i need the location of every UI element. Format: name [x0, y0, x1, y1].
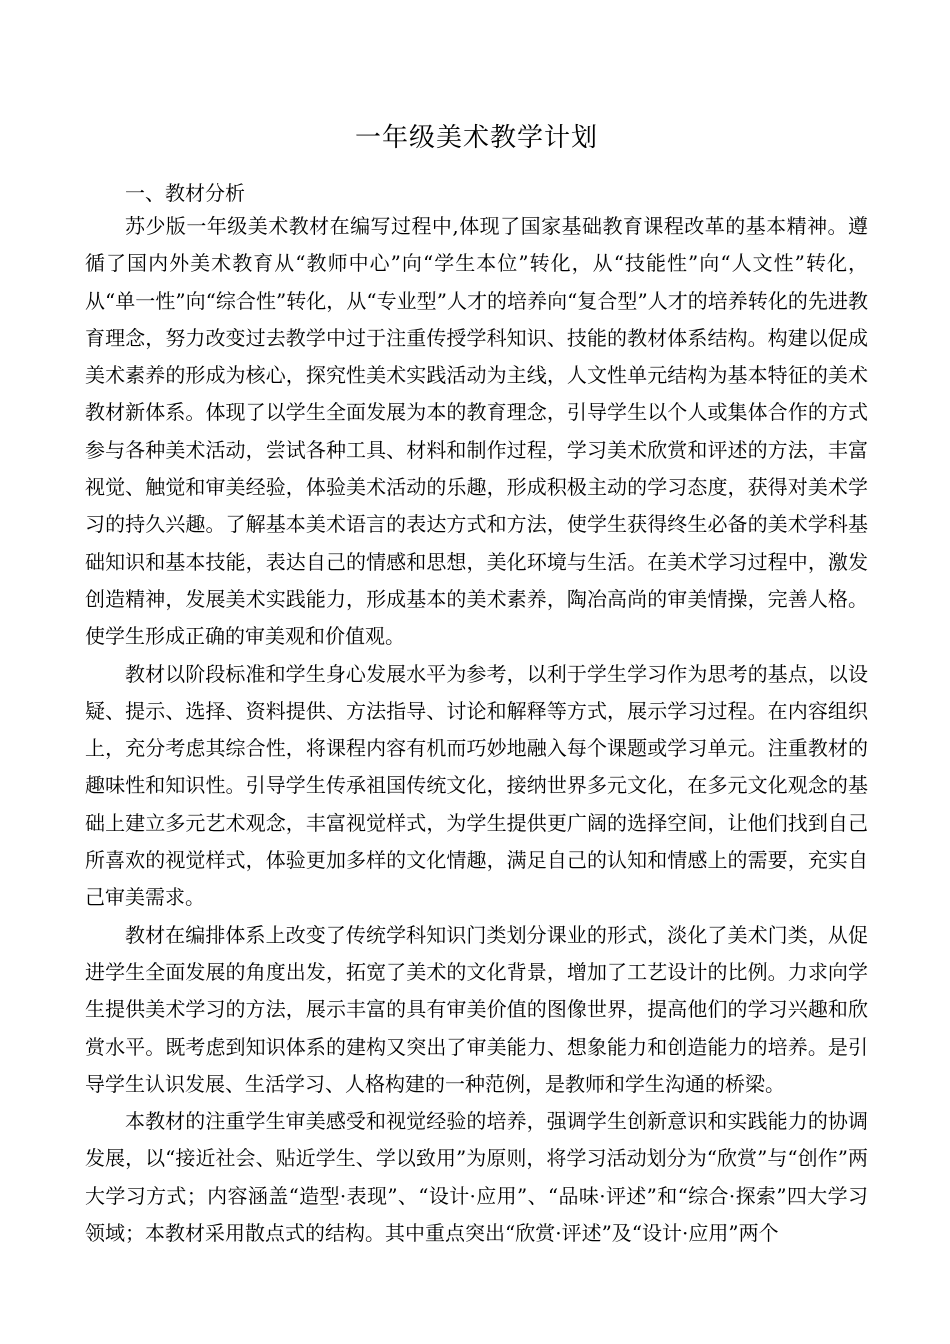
page-title: 一年级美术教学计划 [85, 118, 868, 158]
paragraph-standards-reference: 教材以阶段标准和学生身心发展水平为参考，以利于学生学习作为思考的基点，以设疑、提… [85, 656, 868, 917]
document-page: 一年级美术教学计划 一、教材分析 苏少版一年级美术教材在编写过程中,体现了国家基… [0, 0, 950, 1344]
paragraph-arrangement-system: 教材在编排体系上改变了传统学科知识门类划分课业的形式，淡化了美术门类，从促进学生… [85, 917, 868, 1103]
paragraph-textbook-overview: 苏少版一年级美术教材在编写过程中,体现了国家基础教育课程改革的基本精神。遵循了国… [85, 208, 868, 656]
section-heading: 一、教材分析 [85, 178, 868, 208]
paragraph-learning-domains: 本教材的注重学生审美感受和视觉经验的培养，强调学生创新意识和实践能力的协调发展，… [85, 1103, 868, 1252]
